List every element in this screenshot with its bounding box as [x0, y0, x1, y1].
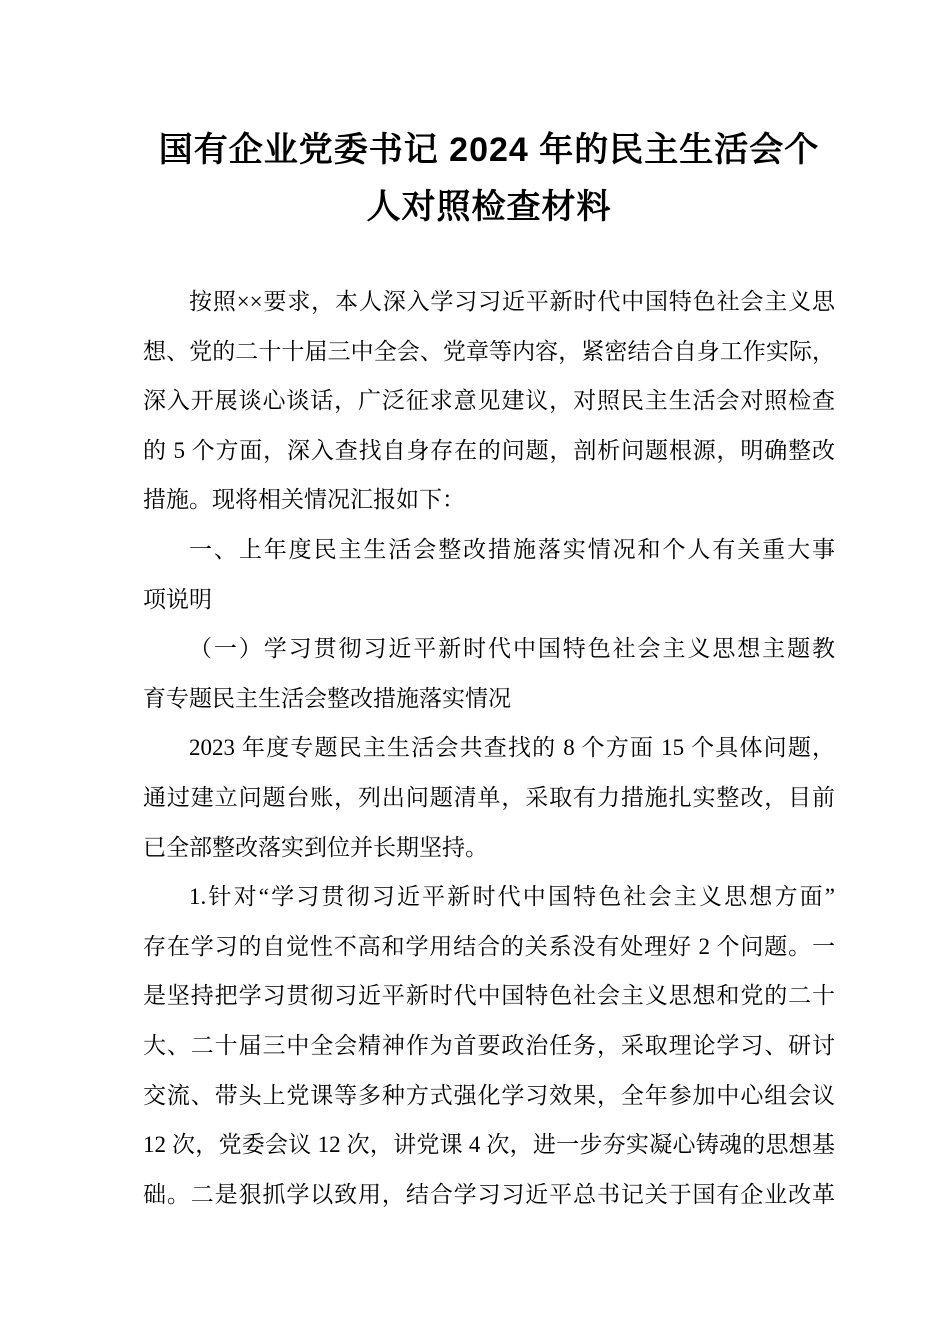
section-heading-1: 一、上年度民主生活会整改措施落实情况和个人有关重大事 项说明 [143, 525, 835, 624]
text-line: 想、党的二十十届三中全会、党章等内容，紧密结合自身工作实际， [143, 327, 835, 377]
text-line: 础。二是狠抓学以致用，结合学习习近平总书记关于国有企业改革 [143, 1170, 835, 1220]
text-line: 1.针对“学习贯彻习近平新时代中国特色社会主义思想方面” [143, 872, 835, 922]
text-line: 育专题民主生活会整改措施落实情况 [143, 674, 835, 724]
text-line: 是坚持把学习贯彻习近平新时代中国特色社会主义思想和党的二十 [143, 971, 835, 1021]
text-line: 大、二十届三中全会精神作为首要政治任务，采取理论学习、研讨 [143, 1021, 835, 1071]
text-line: 交流、带头上党课等多种方式强化学习效果，全年参加中心组会议 [143, 1071, 835, 1121]
text-line: 通过建立问题台账，列出问题清单，采取有力措施扎实整改，目前 [143, 773, 835, 823]
text-line: 2023 年度专题民主生活会共查找的 8 个方面 15 个具体问题， [143, 723, 835, 773]
text-line: 措施。现将相关情况汇报如下： [143, 475, 835, 525]
text-line: 存在学习的自觉性不高和学用结合的关系没有处理好 2 个问题。一 [143, 922, 835, 972]
document-title: 国有企业党委书记 2024 年的民主生活会个 人对照检查材料 [143, 122, 835, 236]
document-page: 国有企业党委书记 2024 年的民主生活会个 人对照检查材料 按照××要求，本人… [0, 0, 950, 1344]
text-line: 12 次，党委会议 12 次，讲党课 4 次，进一步夯实凝心铸魂的思想基 [143, 1120, 835, 1170]
text-line: 的 5 个方面，深入查找自身存在的问题，剖析问题根源，明确整改 [143, 426, 835, 476]
text-line: 项说明 [143, 575, 835, 625]
text-line: 已全部整改落实到位并长期坚持。 [143, 823, 835, 873]
document-body: 按照××要求，本人深入学习习近平新时代中国特色社会主义思 想、党的二十十届三中全… [143, 277, 835, 1219]
document-title-line: 人对照检查材料 [143, 179, 835, 236]
intro-paragraph: 按照××要求，本人深入学习习近平新时代中国特色社会主义思 想、党的二十十届三中全… [143, 277, 835, 525]
text-line: 一、上年度民主生活会整改措施落实情况和个人有关重大事 [143, 525, 835, 575]
text-line: 深入开展谈心谈话，广泛征求意见建议，对照民主生活会对照检查 [143, 376, 835, 426]
paragraph-rectification-overview: 2023 年度专题民主生活会共查找的 8 个方面 15 个具体问题， 通过建立问… [143, 723, 835, 872]
document-title-line: 国有企业党委书记 2024 年的民主生活会个 [143, 122, 835, 179]
paragraph-problem-1: 1.针对“学习贯彻习近平新时代中国特色社会主义思想方面” 存在学习的自觉性不高和… [143, 872, 835, 1219]
subsection-heading-1-1: （一）学习贯彻习近平新时代中国特色社会主义思想主题教 育专题民主生活会整改措施落… [143, 624, 835, 723]
text-line: 按照××要求，本人深入学习习近平新时代中国特色社会主义思 [143, 277, 835, 327]
text-line: （一）学习贯彻习近平新时代中国特色社会主义思想主题教 [143, 624, 835, 674]
